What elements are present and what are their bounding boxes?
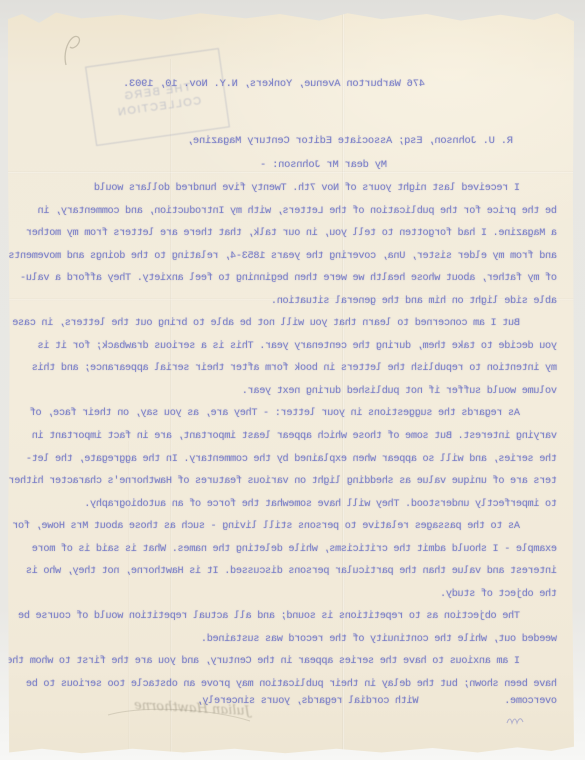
letter-line: to imperfectly understood. They will hav… (12, 494, 557, 517)
letter-line: As to the passages relative to persons s… (12, 516, 557, 539)
letter-body: I received last night yours of Nov 7th. … (12, 178, 557, 697)
letter-line: be the price for the publication of the … (12, 201, 557, 224)
recipient-line: R. U. Johnson, Esq; Associate Editor Cen… (187, 135, 513, 147)
letter-line: ters are of unique value as shedding lig… (12, 471, 557, 494)
letter-line: able side light on him and the general s… (12, 291, 557, 314)
letter-line: I am anxious to have the series appear i… (12, 651, 557, 674)
letter-line: the object of study. (12, 584, 557, 607)
letter-line: the series, and will so appear when expl… (12, 449, 557, 472)
salutation-line: My dear Mr Johnson: - (260, 159, 387, 171)
closing-left-text: overcome. (504, 696, 557, 707)
collection-stamp: THE BERG COLLECTION (85, 48, 230, 146)
date-line: 476 Warburton Avenue, Yonkers, N.Y. Nov.… (123, 78, 425, 90)
letter-line: have been shown; but the delay in their … (12, 674, 557, 697)
letter-paper: THE BERG COLLECTION 476 Warburton Avenue… (8, 11, 574, 754)
letter-line: As regards the suggestions in your lette… (12, 403, 557, 426)
letter-line: a Magazine. I had forgotten to tell you,… (12, 223, 557, 246)
letter-line: example - I should admit the criticisms,… (12, 539, 557, 562)
scanned-letter-screenshot: { "colors":{ "paper":"#f2ebdb", "backgro… (0, 0, 585, 760)
letter-line: my intention to republish the letters in… (12, 358, 557, 381)
letter-line: weeded out, while the continuity of the … (12, 629, 557, 652)
letter-line: interest and value than the particular p… (12, 561, 557, 584)
letter-line: I received last night yours of Nov 7th. … (12, 178, 557, 201)
mirrored-letter-content: THE BERG COLLECTION 476 Warburton Avenue… (10, 11, 572, 754)
letter-line: and from my elder sister, Una, covering … (12, 246, 557, 269)
letter-line: The objection as to repetitions is sound… (12, 606, 557, 629)
letter-line: varying interest. But some of those whic… (12, 426, 557, 449)
letter-line: volume would suffer if not published dur… (12, 381, 557, 404)
letter-line: But I am concerned to learn that you wil… (12, 313, 557, 336)
letter-line: you decide to take them, during the cent… (12, 336, 557, 359)
letter-line: of my father, about whose health we were… (12, 268, 557, 291)
